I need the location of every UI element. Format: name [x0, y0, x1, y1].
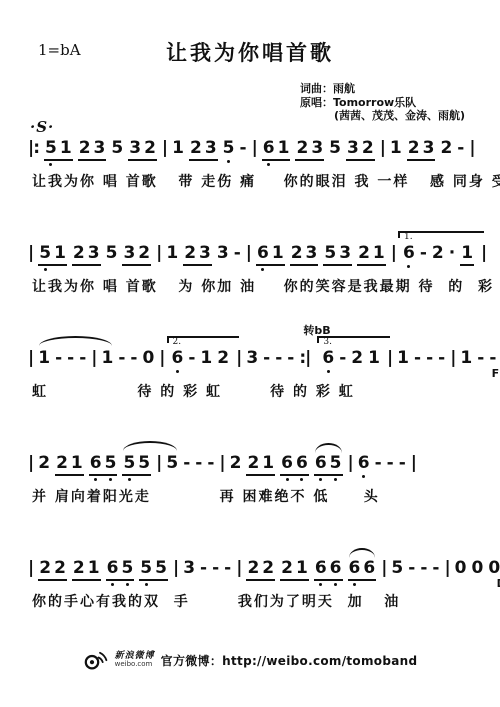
- duration-dot: ·: [449, 245, 455, 262]
- note: 3: [423, 140, 435, 157]
- beam-group: 66: [314, 560, 343, 581]
- note: 5: [123, 455, 135, 472]
- volta-bracket: 1.6-2·1: [401, 245, 476, 266]
- note: 5: [106, 245, 118, 262]
- notation-row: |1---|1--0|2.6-12|3---:|转bB3.6-21|1---|1…: [28, 348, 476, 372]
- note: 2: [408, 140, 420, 157]
- duration-dash: -: [234, 245, 241, 262]
- weibo-logo-icon: [83, 650, 109, 670]
- beam-group: 51: [44, 140, 73, 161]
- note: 5: [329, 140, 341, 157]
- barline: |: [219, 453, 224, 473]
- lyrics-line: 虹 待 的 彩 虹 待 的 彩 虹: [28, 381, 476, 401]
- duration-dash: -: [387, 455, 394, 472]
- note: 5: [223, 140, 235, 157]
- note: 6: [107, 560, 119, 577]
- duration-dash: -: [420, 245, 427, 262]
- score-line: |22216555|3---|22216666|5---|0000D.S.|你的…: [28, 558, 476, 608]
- duration-dash: -: [183, 455, 190, 472]
- note: 1: [390, 140, 402, 157]
- note: 2: [56, 455, 68, 472]
- song-title: 让我为你唱首歌: [0, 37, 500, 67]
- duration-dash: -: [375, 455, 382, 472]
- beam-group: 61: [262, 140, 291, 161]
- barline: |: [469, 138, 474, 158]
- note: 1: [101, 350, 113, 367]
- duration-dash: -: [420, 560, 427, 577]
- note: 2: [144, 140, 156, 157]
- tie-slur: 65: [314, 455, 343, 476]
- tie-slur: 1---|1: [38, 348, 113, 368]
- note: 3: [183, 560, 195, 577]
- notation-row: |2216555|5---|2216665|6---|: [28, 453, 476, 477]
- duration-dash: -: [79, 350, 86, 367]
- duration-dash: -: [263, 350, 270, 367]
- barline: |: [391, 243, 396, 263]
- barline: |: [450, 348, 455, 368]
- score: ·S·|:5123532|1235-|6123532|1232-|让我为你 唱 …: [28, 138, 476, 663]
- beam-group: 23: [183, 245, 212, 266]
- note: 6: [281, 455, 293, 472]
- tie-slur: 55|5: [122, 453, 178, 476]
- note: 5: [45, 140, 57, 157]
- barline: |: [411, 453, 416, 473]
- note: 3: [199, 245, 211, 262]
- note: 1: [172, 140, 184, 157]
- barline: |: [387, 348, 392, 368]
- lyrics-line: 让我为你 唱 首歌 带 走伤 痛 你的眼泪 我 一样 感 同身 受: [28, 171, 476, 191]
- note: 6: [349, 560, 361, 577]
- segno-mark: ·S·: [30, 118, 54, 136]
- beam-group: 32: [128, 140, 157, 161]
- note: 6: [296, 455, 308, 472]
- official-weibo-label: 官方微博：: [161, 654, 223, 668]
- note: 1: [200, 350, 212, 367]
- note: 1: [54, 245, 66, 262]
- beam-group: 23: [407, 140, 436, 161]
- note: 5: [391, 560, 403, 577]
- note: 6: [330, 560, 342, 577]
- barline: |: [156, 453, 161, 473]
- note: 2: [79, 140, 91, 157]
- volta-number: 1.: [404, 232, 413, 242]
- note: 1: [461, 245, 473, 262]
- beam-group: 65: [89, 455, 118, 476]
- note: 2: [184, 245, 196, 262]
- note: 1: [88, 560, 100, 577]
- volta-bracket: 3.6-21: [320, 350, 382, 367]
- note: 5: [39, 245, 51, 262]
- rest-note: 0: [142, 350, 154, 367]
- note: 2: [291, 245, 303, 262]
- barline: |: [381, 558, 386, 578]
- note: 2: [138, 245, 150, 262]
- mark-text: D.S.: [497, 577, 500, 590]
- barline: |: [348, 453, 353, 473]
- lyrics-line: 让我为你 唱 首歌 为 你加 油 你的笑容是我最期 待 的 彩: [28, 276, 476, 296]
- barline: |: [236, 558, 241, 578]
- note: 2: [362, 140, 374, 157]
- note: 2: [440, 140, 452, 157]
- beam-group: 21: [246, 455, 275, 476]
- duration-dash: -: [399, 455, 406, 472]
- duration-dash: -: [339, 350, 346, 367]
- note: 3: [311, 140, 323, 157]
- note: 5: [111, 140, 123, 157]
- official-weibo-url: http://weibo.com/tomoband: [222, 654, 417, 668]
- credit-composer: 词曲：雨航: [300, 82, 465, 96]
- duration-dash: -: [224, 560, 231, 577]
- note: 2: [432, 245, 444, 262]
- note: 1: [272, 245, 284, 262]
- beam-group: 23: [295, 140, 324, 161]
- volta-number: 2.: [173, 337, 182, 347]
- note: 1: [262, 455, 274, 472]
- note: 2: [247, 455, 259, 472]
- note: 2: [54, 560, 66, 577]
- note: 2: [351, 350, 363, 367]
- note: 3: [123, 245, 135, 262]
- note: 5: [121, 560, 133, 577]
- barline: |: [28, 243, 33, 263]
- barline: |: [91, 348, 96, 368]
- barline: |: [481, 243, 486, 263]
- volta-bracket: 2.6-12: [170, 350, 232, 367]
- beam-group: 23: [290, 245, 319, 266]
- note: 2: [39, 560, 51, 577]
- duration-dash: -: [200, 560, 207, 577]
- note: 2: [296, 140, 308, 157]
- barline: |: [444, 558, 449, 578]
- beam-group: 61: [256, 245, 285, 266]
- duration-dash: -: [207, 455, 214, 472]
- beam-group: 32: [346, 140, 375, 161]
- beam-group: 21: [357, 245, 386, 266]
- note: 2: [190, 140, 202, 157]
- beam-group: 55: [139, 560, 168, 581]
- rest-note: 0: [488, 560, 500, 577]
- note: 1: [60, 140, 72, 157]
- beam-group: 23: [78, 140, 107, 161]
- duration-dash: -: [477, 350, 484, 367]
- beam-group: 32: [122, 245, 151, 266]
- duration-dash: -: [240, 140, 247, 157]
- duration-dash: -: [118, 350, 125, 367]
- note: 3: [88, 245, 100, 262]
- duration-dash: -: [457, 140, 464, 157]
- note: 3: [217, 245, 229, 262]
- beam-group: 22: [246, 560, 275, 581]
- lyrics-line: 你的手心有我的双 手 我们为了明天 加 油: [28, 591, 476, 611]
- barline: |:: [28, 138, 39, 158]
- duration-dash: -: [414, 350, 421, 367]
- barline: |: [28, 558, 33, 578]
- beam-group: 21: [55, 455, 84, 476]
- beam-group: 1: [460, 245, 474, 266]
- barline: |: [246, 243, 251, 263]
- note: 1: [373, 245, 385, 262]
- note: 3: [306, 245, 318, 262]
- duration-dash: -: [438, 350, 445, 367]
- barline: |: [236, 348, 241, 368]
- barline: |: [156, 243, 161, 263]
- duration-dash: -: [275, 350, 282, 367]
- note: 3: [94, 140, 106, 157]
- duration-dash: -: [489, 350, 496, 367]
- note: 6: [90, 455, 102, 472]
- duration-dash: -: [408, 560, 415, 577]
- note: 2: [247, 560, 259, 577]
- beam-group: 65: [106, 560, 135, 581]
- note: 3: [347, 140, 359, 157]
- barline: |: [28, 348, 33, 368]
- beam-group: 21: [72, 560, 101, 581]
- beam-group: 23: [189, 140, 218, 161]
- note: 1: [296, 560, 308, 577]
- note: 5: [330, 455, 342, 472]
- notation-row: |22216555|3---|22216666|5---|0000D.S.|: [28, 558, 476, 582]
- duration-dash: -: [130, 350, 137, 367]
- duration-dash: -: [212, 560, 219, 577]
- barline: |: [173, 558, 178, 578]
- note: 3: [246, 350, 258, 367]
- note: 3: [205, 140, 217, 157]
- volta-number: 3.: [323, 337, 332, 347]
- barline: |: [252, 138, 257, 158]
- barline: :|: [299, 348, 310, 368]
- credit-original-artist: 原唱：Tomorrow乐队: [300, 96, 465, 110]
- note: 6: [403, 245, 415, 262]
- note: 2: [281, 560, 293, 577]
- barline: |: [159, 348, 164, 368]
- weibo-brand-en: weibo.com: [115, 661, 155, 668]
- lyrics-line: 并 肩向着阳光走 再 困难绝不 低 头: [28, 486, 476, 506]
- note: 2: [73, 560, 85, 577]
- beam-group: 55: [122, 455, 151, 476]
- note: 5: [324, 245, 336, 262]
- note: 6: [315, 455, 327, 472]
- note: 5: [105, 455, 117, 472]
- barline: |: [28, 453, 33, 473]
- note: 5: [166, 455, 178, 472]
- note: 5: [140, 560, 152, 577]
- duration-dash: -: [432, 560, 439, 577]
- beam-group: 51: [38, 245, 67, 266]
- note: 3: [129, 140, 141, 157]
- duration-dash: -: [195, 455, 202, 472]
- note: 6: [263, 140, 275, 157]
- note: 5: [155, 560, 167, 577]
- duration-dash: -: [67, 350, 74, 367]
- notation-row: |:5123532|1235-|6123532|1232-|: [28, 138, 476, 162]
- duration-dash: -: [426, 350, 433, 367]
- note: 1: [166, 245, 178, 262]
- beam-group: 65: [314, 455, 343, 476]
- note: 2: [38, 455, 50, 472]
- score-line: ·S·|:5123532|1235-|6123532|1232-|让我为你 唱 …: [28, 138, 476, 188]
- score-line: |2216555|5---|2216665|6---|并 肩向着阳光走 再 困难…: [28, 453, 476, 503]
- beam-group: 53: [323, 245, 352, 266]
- note: 1: [278, 140, 290, 157]
- note: 1: [38, 350, 50, 367]
- score-line: |1---|1--0|2.6-12|3---:|转bB3.6-21|1---|1…: [28, 348, 476, 398]
- beam-group: 66: [348, 560, 377, 581]
- note: 1: [368, 350, 380, 367]
- rest-note: 0: [455, 560, 467, 577]
- note: 6: [363, 560, 375, 577]
- note: 2: [230, 455, 242, 472]
- tie-slur: 66: [348, 560, 377, 581]
- score-line: |5123532|1233-|61235321|1.6-2·1|让我为你 唱 首…: [28, 243, 476, 293]
- mark-text: Fine: [492, 367, 500, 380]
- footer: 新浪微博 weibo.com 官方微博：http://weibo.com/tom…: [0, 650, 500, 670]
- note: 6: [257, 245, 269, 262]
- official-weibo-line: 官方微博：http://weibo.com/tomoband: [161, 652, 418, 669]
- rest-note: 0: [472, 560, 484, 577]
- note: 6: [315, 560, 327, 577]
- note: 2: [262, 560, 274, 577]
- note: 3: [339, 245, 351, 262]
- note: 1: [71, 455, 83, 472]
- beam-group: 66: [280, 455, 309, 476]
- note: 6: [322, 350, 334, 367]
- note: 6: [172, 350, 184, 367]
- barline: |: [162, 138, 167, 158]
- notation-row: |5123532|1233-|61235321|1.6-2·1|: [28, 243, 476, 267]
- note: 1: [397, 350, 409, 367]
- sheet-music-page: 1=bA 让我为你唱首歌 词曲：雨航 原唱：Tomorrow乐队 (茜茜、茂茂、…: [0, 0, 500, 707]
- duration-dash: -: [55, 350, 62, 367]
- note: 2: [73, 245, 85, 262]
- beam-group: 22: [38, 560, 67, 581]
- note: 1: [460, 350, 472, 367]
- note: 2: [217, 350, 229, 367]
- barline: |: [380, 138, 385, 158]
- credits-block: 词曲：雨航 原唱：Tomorrow乐队 (茜茜、茂茂、金涛、雨航): [300, 82, 465, 123]
- duration-dash: -: [188, 350, 195, 367]
- beam-group: 21: [280, 560, 309, 581]
- beam-group: 23: [72, 245, 101, 266]
- note: 5: [138, 455, 150, 472]
- note: 6: [358, 455, 370, 472]
- duration-dash: -: [287, 350, 294, 367]
- note: 2: [358, 245, 370, 262]
- credit-band-members: (茜茜、茂茂、金涛、雨航): [300, 109, 465, 123]
- weibo-brand: 新浪微博 weibo.com: [115, 652, 155, 668]
